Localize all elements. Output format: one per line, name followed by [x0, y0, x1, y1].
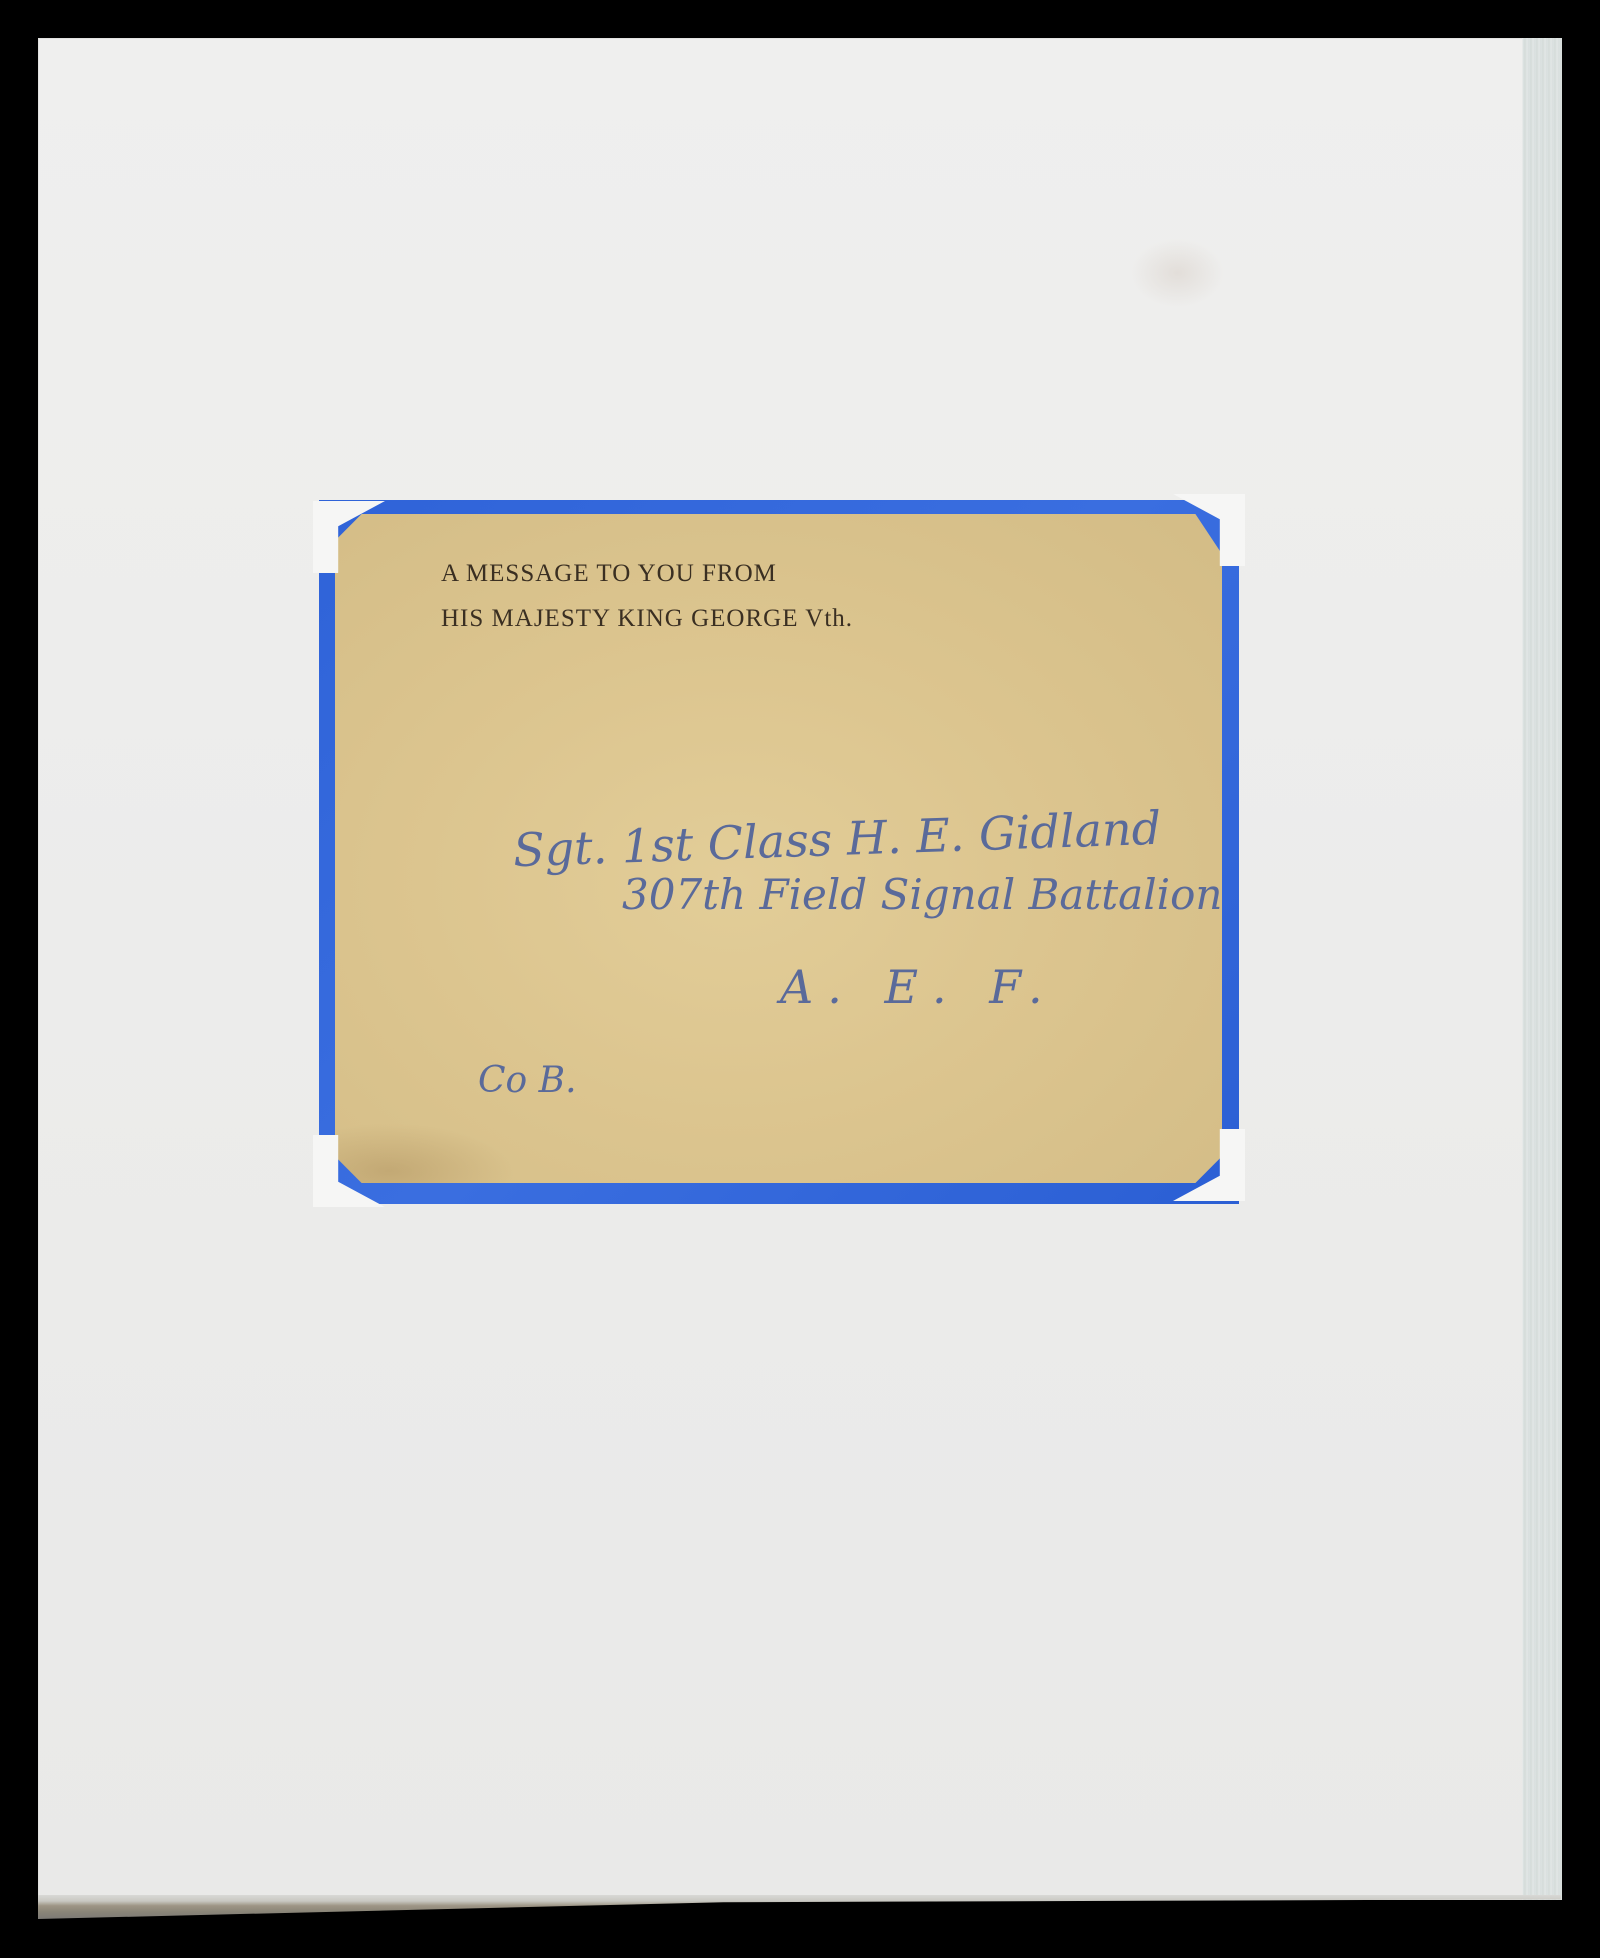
address-line-2: 307th Field Signal Battalion [622, 870, 1222, 919]
album-spine [1522, 38, 1562, 1900]
address-line-3: A. E. F. [780, 960, 1057, 1014]
company-note: Co B. [478, 1060, 577, 1101]
page-bottom-edge [38, 1895, 1561, 1919]
printed-line-1: A MESSAGE TO YOU FROM [441, 560, 777, 588]
printed-line-2: HIS MAJESTY KING GEORGE Vth. [441, 605, 853, 633]
page-smudge [1130, 238, 1225, 308]
